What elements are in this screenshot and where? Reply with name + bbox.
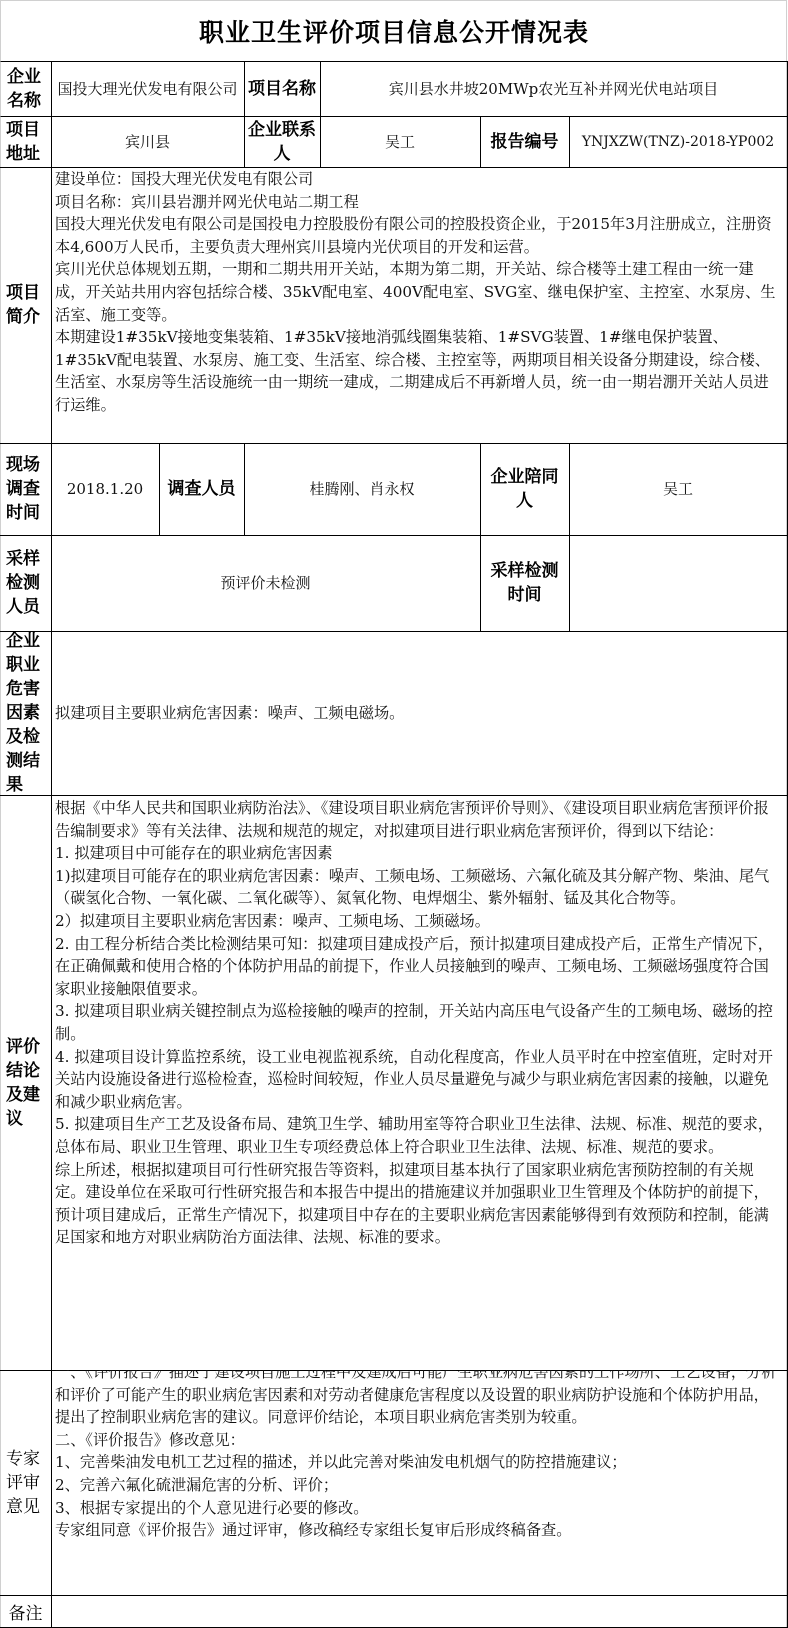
expert-review-label: 专家评审意见 <box>0 1370 52 1596</box>
conclusion-paragraph: 1)拟建项目可能存在的职业病危害因素：噪声、工频电场、工频磁场、六氟化硫及其分解… <box>55 865 783 910</box>
expert-paragraph: 3、根据专家提出的个人意见进行必要的修改。 <box>55 1497 783 1520</box>
conclusion-paragraph: 2. 由工程分析结合类比检测结果可知：拟建项目建成投产后，预计拟建项目建成投产后… <box>55 933 783 1001</box>
sampling-staff-label: 采样检测人员 <box>0 535 52 632</box>
escort-value: 吴工 <box>569 443 788 536</box>
hazard-factors-content: 拟建项目主要职业病危害因素：噪声、工频电磁场。 <box>51 631 788 796</box>
intro-paragraph: 项目名称：宾川县岩淜并网光伏电站二期工程 <box>55 191 359 214</box>
contact-label: 企业联系人 <box>244 116 321 168</box>
conclusion-paragraph: 4. 拟建项目设计算监控系统，设工业电视监视系统，自动化程度高，作业人员平时在中… <box>55 1046 783 1114</box>
project-address-value: 宾川县 <box>51 116 245 168</box>
intro-paragraph: 建设单位：国投大理光伏发电有限公司 <box>55 168 313 191</box>
conclusion-paragraph: 2）拟建项目主要职业病危害因素：噪声、工频电场、工频磁场。 <box>55 910 490 933</box>
expert-review-content: 一、《评价报告》描述了建设项目施工过程中及建成后可能产生职业病危害因素的工作场所… <box>51 1370 788 1596</box>
remarks-label: 备注 <box>0 1595 52 1628</box>
conclusion-paragraph: 根据《中华人民共和国职业病防治法》、《建设项目职业病危害预评价导则》、《建设项目… <box>55 797 783 842</box>
sampling-time-value <box>569 535 788 632</box>
escort-label: 企业陪同人 <box>480 443 570 536</box>
investigator-label: 调查人员 <box>159 443 245 536</box>
expert-paragraph: 二、《评价报告》修改意见： <box>55 1429 783 1452</box>
company-name-value: 国投大理光伏发电有限公司 <box>51 61 245 117</box>
sampling-staff-value: 预评价未检测 <box>51 535 481 632</box>
project-intro-label: 项目简介 <box>0 167 52 444</box>
intro-paragraph: 国投大理光伏发电有限公司是国投电力控股股份有限公司的控股投资企业，于2015年3… <box>55 213 783 258</box>
intro-paragraph: 本期建设1#35kV接地变集装箱、1#35kV接地消弧线圈集装箱、1#SVG装置… <box>55 326 783 416</box>
hazard-factors-label: 企业职业危害因素及检测结果 <box>0 631 52 796</box>
conclusion-paragraph: 3. 拟建项目职业病关键控制点为巡检接触的噪声的控制，开关站内高压电气设备产生的… <box>55 1000 783 1045</box>
project-name-value: 宾川县水井坡20MWp农光互补并网光伏电站项目 <box>320 61 788 117</box>
conclusion-paragraph: 5. 拟建项目生产工艺及设备布局、建筑卫生学、辅助用室等符合职业卫生法律、法规、… <box>55 1113 783 1158</box>
survey-date-value: 2018.1.20 <box>51 443 160 536</box>
project-name-label: 项目名称 <box>244 61 321 117</box>
expert-paragraph: 2、完善六氟化硫泄漏危害的分析、评价； <box>55 1474 783 1497</box>
expert-paragraph: 1、完善柴油发电机工艺过程的描述，并以此完善对柴油发电机烟气的防控措施建议； <box>55 1451 783 1474</box>
report-number-value: YNJXZW(TNZ)-2018-YP002 <box>569 116 788 168</box>
conclusion-content: 根据《中华人民共和国职业病防治法》、《建设项目职业病危害预评价导则》、《建设项目… <box>51 795 788 1371</box>
remarks-value <box>51 1595 788 1628</box>
company-name-label: 企业名称 <box>0 61 52 117</box>
expert-paragraph: 一、《评价报告》描述了建设项目施工过程中及建成后可能产生职业病危害因素的工作场所… <box>55 1370 783 1429</box>
conclusion-paragraph: 1. 拟建项目中可能存在的职业病危害因素 <box>55 842 333 865</box>
page-title: 职业卫生评价项目信息公开情况表 <box>0 0 788 61</box>
conclusion-paragraph: 综上所述，根据拟建项目可行性研究报告等资料，拟建项目基本执行了国家职业病危害预防… <box>55 1159 783 1249</box>
project-intro-content: 建设单位：国投大理光伏发电有限公司 项目名称：宾川县岩淜并网光伏电站二期工程 国… <box>51 167 788 444</box>
contact-value: 吴工 <box>320 116 481 168</box>
intro-paragraph: 宾川光伏总体规划五期，一期和二期共用开关站，本期为第二期，开关站、综合楼等土建工… <box>55 258 783 326</box>
report-number-label: 报告编号 <box>480 116 570 168</box>
investigator-value: 桂腾刚、肖永权 <box>244 443 481 536</box>
survey-time-label: 现场调查时间 <box>0 443 52 536</box>
conclusion-label: 评价结论及建议 <box>0 795 52 1371</box>
project-address-label: 项目地址 <box>0 116 52 168</box>
expert-paragraph: 专家组同意《评价报告》通过评审，修改稿经专家组长复审后形成终稿备查。 <box>55 1519 783 1542</box>
hazard-factors-value: 拟建项目主要职业病危害因素：噪声、工频电磁场。 <box>55 702 404 725</box>
sampling-time-label: 采样检测时间 <box>480 535 570 632</box>
